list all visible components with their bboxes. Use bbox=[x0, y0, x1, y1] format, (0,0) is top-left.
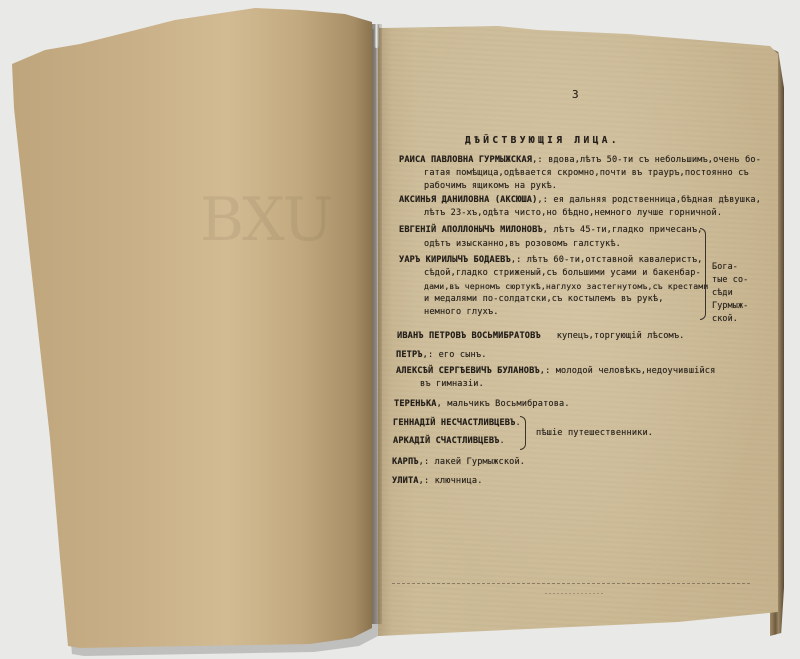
character-entry: УАРЪ КИРИЛЫЧЪ БОДАЕВЪ,: лѣтъ 60-ти,отста… bbox=[399, 256, 703, 265]
travelers-brace bbox=[520, 416, 526, 450]
character-name: ГЕННАДІЙ НЕСЧАСТЛИВЦЕВЪ bbox=[393, 418, 515, 428]
character-name: ИВАНЪ ПЕТРОВЪ ВОСЬМИБРАТОВЪ bbox=[397, 331, 541, 341]
character-name: АРКАДІЙ СЧАСТЛИВЦЕВЪ bbox=[393, 436, 499, 446]
character-description: лакей Гурмыжской. bbox=[435, 457, 526, 467]
character-entry: ГЕННАДІЙ НЕСЧАСТЛИВЦЕВЪ. bbox=[393, 419, 521, 428]
show-through-line bbox=[545, 593, 605, 594]
character-name: УЛИТА bbox=[392, 476, 419, 486]
character-entry: ИВАНЪ ПЕТРОВЪ ВОСЬМИБРАТОВЪ купецъ,торгу… bbox=[397, 332, 685, 341]
character-name: РАИСА ПАВЛОВНА ГУРМЫЖСКАЯ bbox=[399, 155, 532, 165]
character-description-line: и медалями по-солдатски,съ костылемъ въ … bbox=[424, 295, 664, 304]
character-entry: АЛЕКСѢЙ СЕРГѢЕВИЧЪ БУЛАНОВЪ,: молодой че… bbox=[396, 367, 715, 376]
neighbors-brace bbox=[700, 228, 706, 320]
character-entry: КАРПЪ,: лакей Гурмыжской. bbox=[392, 458, 525, 467]
staple bbox=[374, 24, 379, 48]
character-description: молодой человѣкъ,недоучившійся bbox=[556, 366, 716, 376]
character-description-line: лѣтъ 23-хъ,одѣта чисто,но бѣдно,немного … bbox=[424, 209, 722, 218]
cast-heading: ДѢЙСТВУЮЩІЯ ЛИЦА. bbox=[465, 136, 620, 146]
character-description-line: гатая помѣщица,одѣвается скромно,почти в… bbox=[424, 169, 749, 178]
book-gutter bbox=[372, 24, 382, 624]
character-entry: ПЕТРЪ,: его сынъ. bbox=[396, 351, 487, 360]
photo-scene: BXU 3 ДѢЙСТВУЮЩІЯ ЛИЦА. РАИСА ПАВЛОВНА Г… bbox=[0, 0, 800, 659]
show-through-line bbox=[392, 583, 752, 584]
neighbors-note-line: Бога- bbox=[712, 260, 752, 273]
character-description: купецъ,торгующій лѣсомъ. bbox=[557, 331, 685, 341]
character-name: АКСИНЬЯ ДАНИЛОВНА (АКСЮША) bbox=[399, 195, 537, 205]
character-description: его сынъ. bbox=[439, 350, 487, 360]
character-description-line: въ гимназіи. bbox=[420, 380, 484, 389]
character-description: мальчикъ Восьмибратова. bbox=[447, 399, 569, 409]
character-name: УАРЪ КИРИЛЫЧЪ БОДАЕВЪ bbox=[399, 255, 511, 265]
character-name: ПЕТРЪ bbox=[396, 350, 423, 360]
character-description: ея дальняя родственница,бѣдная дѣвушка, bbox=[553, 195, 761, 205]
character-description: лѣтъ 45-ти,гладко причесанъ, bbox=[553, 225, 702, 235]
character-description-line: немного глухъ. bbox=[424, 308, 499, 317]
character-entry: РАИСА ПАВЛОВНА ГУРМЫЖСКАЯ,: вдова,лѣтъ 5… bbox=[399, 156, 761, 165]
character-name: АЛЕКСѢЙ СЕРГѢЕВИЧЪ БУЛАНОВЪ bbox=[396, 366, 540, 376]
character-name: КАРПЪ bbox=[392, 457, 419, 467]
show-through-marks: BXU bbox=[200, 185, 331, 255]
character-entry: АРКАДІЙ СЧАСТЛИВЦЕВЪ. bbox=[393, 437, 505, 446]
character-entry: УЛИТА,: ключница. bbox=[392, 477, 483, 486]
neighbors-note-line: сѣди bbox=[712, 286, 752, 299]
neighbors-note: Бога- тые со- сѣди Гурмыж- ской. bbox=[712, 260, 752, 325]
character-name: ЕВГЕНІЙ АПОЛЛОНЫЧЪ МИЛОНОВЪ bbox=[399, 225, 543, 235]
character-description-line: рабочимъ ящикомъ на рукѣ. bbox=[424, 182, 557, 191]
character-entry: ТЕРЕНЬКА, мальчикъ Восьмибратова. bbox=[394, 400, 570, 409]
right-page bbox=[378, 24, 778, 636]
travelers-note: пѣшіе путешественники. bbox=[536, 429, 653, 438]
character-entry: АКСИНЬЯ ДАНИЛОВНА (АКСЮША),: ея дальняя … bbox=[399, 196, 761, 205]
page-number: 3 bbox=[572, 89, 579, 100]
neighbors-note-line: ской. bbox=[712, 312, 752, 325]
character-description: лѣтъ 60-ти,отставной кавалеристъ, bbox=[527, 255, 703, 265]
neighbors-note-line: Гурмыж- bbox=[712, 299, 752, 312]
character-description-line: одѣтъ изысканно,въ розовомъ галстукѣ. bbox=[424, 240, 621, 249]
character-description: вдова,лѣтъ 50-ти съ небольшимъ,очень бо- bbox=[548, 155, 761, 165]
neighbors-note-line: тые со- bbox=[712, 273, 752, 286]
character-description-line: сѣдой,гладко стриженый,съ большими усами… bbox=[424, 269, 701, 278]
character-description: ключница. bbox=[435, 476, 483, 486]
character-name: ТЕРЕНЬКА bbox=[394, 399, 437, 409]
character-entry: ЕВГЕНІЙ АПОЛЛОНЫЧЪ МИЛОНОВЪ, лѣтъ 45-ти,… bbox=[399, 226, 702, 235]
character-description-line: дами,въ черномъ сюртукѣ,наглухо застегну… bbox=[424, 282, 708, 290]
